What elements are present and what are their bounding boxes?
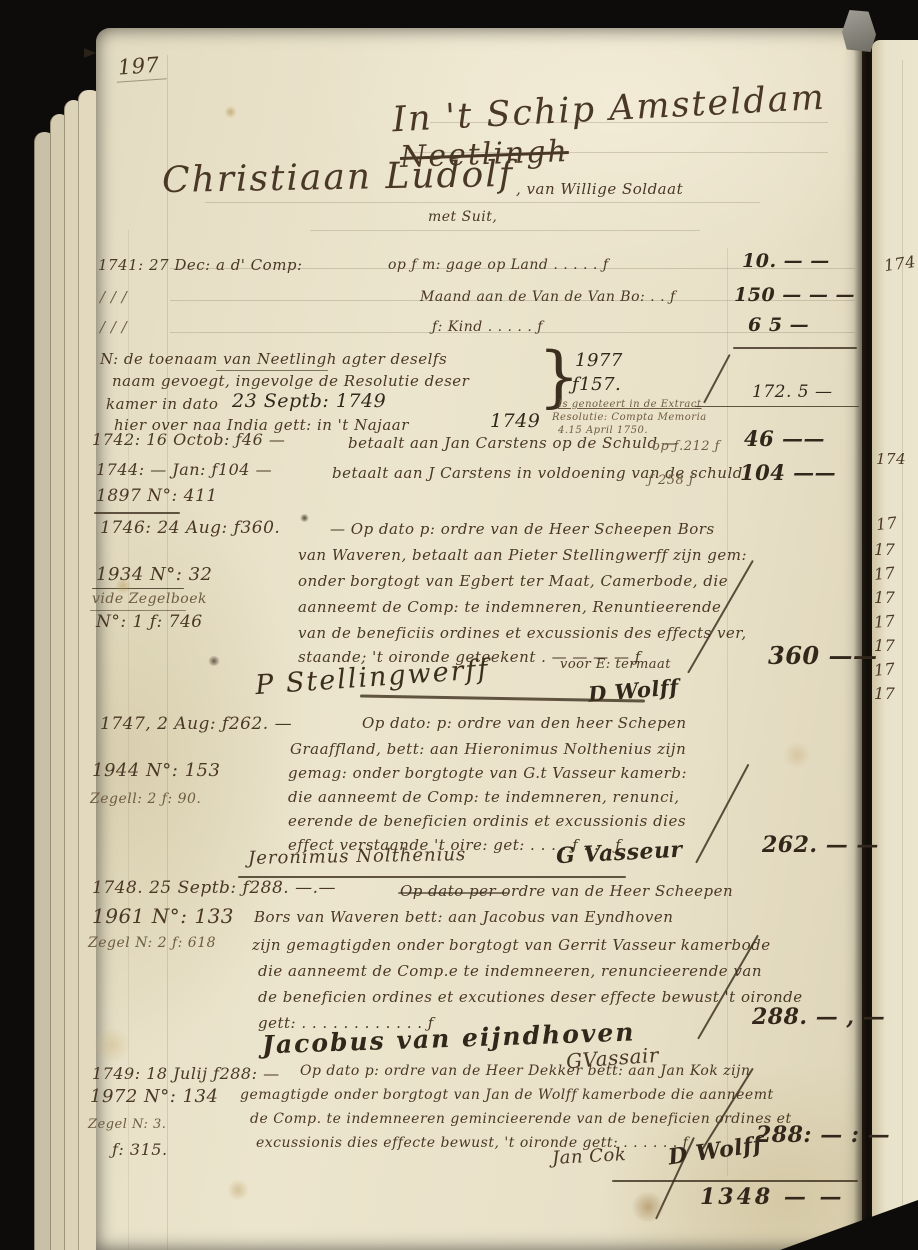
entry-line: — Op dato p: ordre van de Heer Scheepen … [330, 522, 715, 537]
entry-margin-ref: N°: 1 ƒ: 746 [96, 614, 203, 631]
note-ref-bottom: ƒ157. [572, 376, 621, 394]
note-ref-top: 1977 [575, 352, 623, 370]
entry-margin-ref: vide Zegelboek [92, 592, 207, 606]
entry-date: / / / [100, 290, 127, 305]
entry-line: Graaffland, bett: aan Hieronimus Nolthen… [290, 742, 686, 757]
entry-ref: op ƒ.212 ƒ [652, 440, 720, 453]
ruled-line [205, 202, 760, 203]
text-strike [398, 892, 508, 894]
entry-amount: 104 —— [740, 462, 836, 483]
entry-amount: 288. — , — [752, 1006, 885, 1028]
entry-amount: 360 —— [768, 644, 877, 668]
note-date: 23 Septb: 1749 [232, 392, 386, 411]
entry-text: betaalt aan Jan Carstens op de Schuld — [348, 436, 678, 451]
header-subline: met Suit, [428, 210, 497, 224]
note-year: 1749 [490, 412, 540, 431]
signature: G Vasseur [556, 839, 684, 868]
entry-line: de Comp. te indemneeren gemincieerende v… [250, 1112, 792, 1126]
entry-line: die aanneemt de Comp: te indemneren, ren… [288, 790, 680, 805]
edge-year: 174 [876, 452, 906, 467]
entry-line: onder borgtogt van Egbert ter Maat, Came… [298, 574, 728, 589]
edge-year: 17 [874, 686, 895, 702]
entry-date-text: 1749: 18 Julij ƒ288: — [92, 1066, 280, 1082]
margin-underline [92, 588, 184, 589]
entry-margin-ref: ƒ: 315. [112, 1142, 168, 1158]
margin-underline [90, 610, 186, 611]
ink-blot [208, 656, 220, 666]
signature-note: voor E: termaat [560, 658, 671, 671]
entry-date-text: 1747, 2 Aug: ƒ262. — [100, 716, 292, 733]
entry-date: 1741: 27 Dec: a d' Comp: [98, 258, 303, 273]
note-amount: 172. 5 — [752, 384, 832, 401]
entry-margin-ref: Zegel N: 3. [88, 1118, 166, 1131]
entry-date-text: 1746: 24 Aug: ƒ360. [100, 520, 280, 537]
amount-underline [733, 347, 857, 349]
word-underline [216, 370, 328, 371]
entry-line: die aanneemt de Comp.e te indemneeren, r… [258, 964, 762, 979]
total-rule [612, 1180, 858, 1182]
entry-date-text: 1744: — Jan: ƒ104 — [96, 462, 272, 478]
page-corner-mark [84, 48, 96, 58]
edge-year: 17 [874, 590, 895, 606]
signature: Jan Cok [552, 1146, 627, 1168]
entry-date-text: 1742: 16 Octob: ƒ46 — [92, 432, 285, 448]
sliver-rule-line [902, 60, 903, 1220]
entry-desc: Maand aan de Van de Van Bo: . . ƒ [420, 290, 676, 304]
entry-date-text: 1748. 25 Septb: ƒ288. —.— [92, 880, 336, 897]
entry-line: van Waveren, betaalt aan Pieter Stelling… [298, 548, 747, 563]
header-origin: , van Willige Soldaat [516, 182, 683, 197]
amount-column-line [727, 248, 728, 1176]
entry-margin-ref: 1897 N°: 411 [96, 488, 218, 505]
entry-line: Op dato: p: ordre van den heer Schepen [362, 716, 687, 731]
edge-year: 17 [874, 542, 895, 558]
entry-line: Op dato p: ordre van de Heer Dekker bett… [300, 1064, 751, 1078]
edge-year: 17 [873, 661, 896, 679]
entry-margin-ref: 1972 N°: 134 [90, 1088, 218, 1106]
entry-amount: 262. — — [762, 834, 879, 856]
note-line: N: de toenaam van Neetlingh agter deself… [100, 352, 447, 367]
entry-line: zijn gemagtigden onder borgtogt van Gerr… [252, 938, 771, 953]
paper-stain [782, 742, 812, 768]
total-amount: 1348 — — [700, 1186, 845, 1208]
entry-amount: 46 —— [744, 428, 825, 449]
entry-line: gemag: onder borgtogte van G.t Vasseur k… [288, 766, 687, 781]
entry-amount: 6 5 — [748, 316, 809, 335]
margin-underline [94, 512, 180, 514]
note-line: kamer in dato [106, 397, 218, 412]
entry-line: gemagtigde onder borgtogt van Jan de Wol… [240, 1088, 774, 1102]
entry-margin-ref: 1944 N°: 153 [92, 762, 220, 780]
amount-underline [695, 406, 859, 407]
entry-date: / / / [100, 320, 127, 335]
signature: Jeronimus Nolthenius [248, 846, 467, 868]
entry-line: aanneemt de Comp: te indemneren, Renunti… [298, 600, 721, 615]
entry-desc: op ƒ m: gage op Land . . . . . ƒ [388, 258, 609, 272]
ruled-line [310, 230, 700, 231]
ink-blot [300, 514, 309, 522]
entry-margin-ref: 1961 N°: 133 [92, 906, 234, 926]
edge-year: 174 [883, 254, 917, 274]
entry-amount: 10. — — [742, 252, 830, 271]
entry-margin-ref: 1934 N°: 32 [96, 566, 212, 584]
entry-amount: 288: — : — [756, 1124, 890, 1146]
entry-margin-ref: Zegel N: 2 ƒ: 618 [88, 936, 216, 950]
note-memo: Is genoteert in de Extract [558, 400, 702, 410]
entry-line: Bors van Waveren bett: aan Jacobus van E… [254, 910, 673, 925]
entry-line: eerende de beneficien ordinis et excussi… [288, 814, 686, 829]
entry-desc: ƒ: Kind . . . . . ƒ [432, 320, 543, 334]
page-number: 197 [115, 54, 166, 82]
paper-stain [224, 106, 237, 118]
page-tab [842, 10, 876, 52]
paper-stain [92, 1028, 132, 1062]
paper-stain [226, 1180, 250, 1200]
entry-margin-ref: Zegell: 2 ƒ: 90. [90, 792, 201, 806]
edge-year: 17 [873, 565, 896, 583]
edge-year: 17 [875, 515, 898, 533]
entry-line: van de beneficiis ordines et excussionis… [298, 626, 747, 641]
entry-amount: 150 — — — [734, 286, 855, 305]
scanned-ledger-photo: 197 In 't Schip Amsteldam Neetlingh Chri… [0, 0, 918, 1250]
note-memo: Resolutie: Compta Memoria [552, 413, 707, 423]
entry-ref: ƒ 258 ƒ [648, 474, 694, 487]
edge-year: 17 [874, 638, 895, 654]
paper-stain [630, 1192, 666, 1222]
edge-year: 17 [873, 613, 895, 630]
note-line: naam gevoegt, ingevolge de Resolutie des… [112, 374, 469, 389]
paper-stain [114, 578, 132, 594]
header-given-name: Christiaan Ludolf [162, 157, 515, 199]
